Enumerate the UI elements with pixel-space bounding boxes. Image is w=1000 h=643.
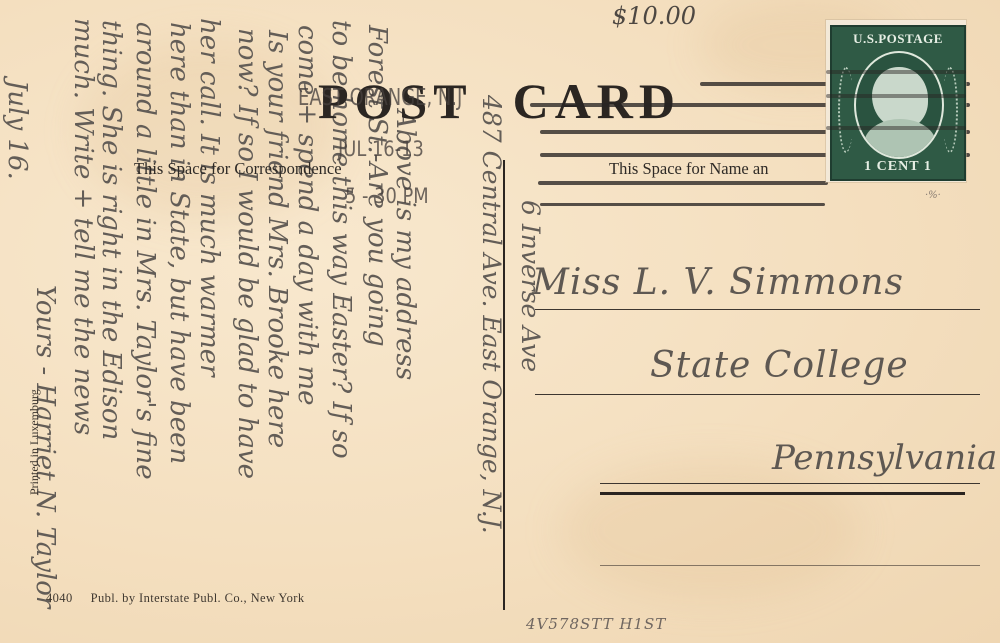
cancel-line: [826, 70, 966, 74]
portrait-bust: [864, 119, 936, 159]
stamp-face: U.S.POSTAGE 1 CENT 1: [830, 25, 966, 181]
return-address: 487 Central Ave. East Orange, N.J.: [477, 95, 506, 534]
address-line-1: [535, 309, 980, 310]
postmark-time: 5 - 30 PM: [345, 184, 429, 208]
publisher-line: 4040Publ. by Interstate Publ. Co., New Y…: [46, 591, 304, 606]
cancel-line: [826, 94, 966, 98]
message-line: now? If so I would be glad to have: [232, 28, 262, 479]
message-line: thing. She is right in the Edison: [96, 20, 126, 440]
message-line: Is your friend Mrs. Brooke here: [262, 30, 292, 448]
inventory-note: 4V578STT H1ST: [526, 615, 666, 633]
message-line: here than in State, but have been: [164, 22, 194, 464]
message-date: July 16.: [2, 80, 32, 180]
postmark-date: JUL 16-13: [338, 137, 424, 161]
recipient-city: State College: [650, 345, 909, 386]
postage-stamp: U.S.POSTAGE 1 CENT 1: [826, 20, 966, 182]
address-line-4: [600, 565, 980, 566]
stamp-edge-mark: ·%·: [925, 190, 941, 201]
cancel-line: [826, 126, 966, 130]
address-label: This Space for Name an: [609, 159, 768, 179]
laurel-icon: [838, 67, 854, 153]
address-line-2: [535, 394, 980, 395]
correspondence-label: This Space for Correspondence: [134, 159, 342, 179]
recipient-state: Pennsylvania: [772, 438, 997, 478]
title-card: CARD: [513, 73, 681, 129]
stamp-denomination: 1 CENT 1: [832, 159, 964, 175]
address-line-3: [600, 483, 980, 484]
address-line-underline: [600, 492, 965, 495]
stamp-top-text: U.S.POSTAGE: [832, 31, 964, 47]
center-divider: [503, 160, 505, 610]
message-line: her call. It is much warmer: [194, 18, 224, 377]
printed-in-label: Printed in Luxemburg: [27, 389, 42, 495]
postcard-back: July 16. Yours - Harriet N. Taylor much.…: [0, 0, 1000, 643]
recipient-name: Miss L. V. Simmons: [532, 262, 904, 303]
postmark-city: EAST ORANGE, N.J: [298, 85, 462, 111]
message-line: much. Write + tell me the news: [68, 18, 98, 435]
price-note: $10.00: [612, 2, 696, 30]
card-number: 4040: [46, 591, 73, 605]
laurel-icon: [942, 67, 958, 153]
cancel-line: [538, 181, 828, 185]
portrait-washington-icon: [854, 51, 944, 159]
message-line: around a little in Mrs. Taylor's fine: [130, 22, 160, 480]
publisher-text: Publ. by Interstate Publ. Co., New York: [91, 591, 305, 605]
cancel-line: [540, 203, 825, 206]
paper-stain: [560, 460, 860, 600]
